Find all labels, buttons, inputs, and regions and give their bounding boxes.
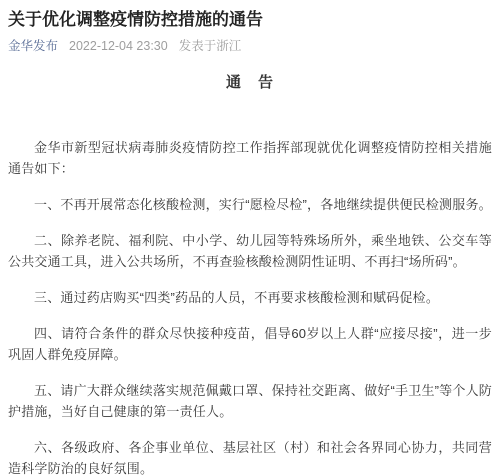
body-paragraph-item-2: 二、除养老院、福利院、中小学、幼儿园等特殊场所外，乘坐地铁、公交车等公共交通工具…: [8, 230, 492, 272]
body-paragraph-item-3: 三、通过药店购买“四类”药品的人员，不再要求核酸检测和赋码促检。: [8, 287, 492, 308]
article-title: 关于优化调整疫情防控措施的通告: [8, 8, 492, 32]
body-paragraph-item-1: 一、不再开展常态化核酸检测，实行“愿检尽检”，各地继续提供便民检测服务。: [8, 194, 492, 215]
account-name-link[interactable]: 金华发布: [8, 38, 58, 55]
byline: 金华发布 2022-12-04 23:30 发表于浙江: [8, 38, 492, 55]
notice-heading: 通 告: [8, 72, 492, 93]
body-paragraph-intro: 金华市新型冠状病毒肺炎疫情防控工作指挥部现就优化调整疫情防控相关措施通告如下：: [8, 137, 492, 179]
publish-location: 发表于浙江: [179, 38, 242, 55]
publish-timestamp: 2022-12-04 23:30: [69, 38, 168, 55]
article-body: 通 告 金华市新型冠状病毒肺炎疫情防控工作指挥部现就优化调整疫情防控相关措施通告…: [8, 72, 492, 475]
body-paragraph-item-5: 五、请广大群众继续落实规范佩戴口罩、保持社交距离、做好“手卫生”等个人防护措施，…: [8, 380, 492, 422]
body-paragraph-item-6: 六、各级政府、各企事业单位、基层社区（村）和社会各界同心协力，共同营造科学防治的…: [8, 437, 492, 475]
wechat-article-page: 关于优化调整疫情防控措施的通告 金华发布 2022-12-04 23:30 发表…: [0, 0, 500, 475]
body-paragraph-item-4: 四、请符合条件的群众尽快接种疫苗，倡导60岁以上人群“应接尽接”，进一步巩固人群…: [8, 323, 492, 365]
